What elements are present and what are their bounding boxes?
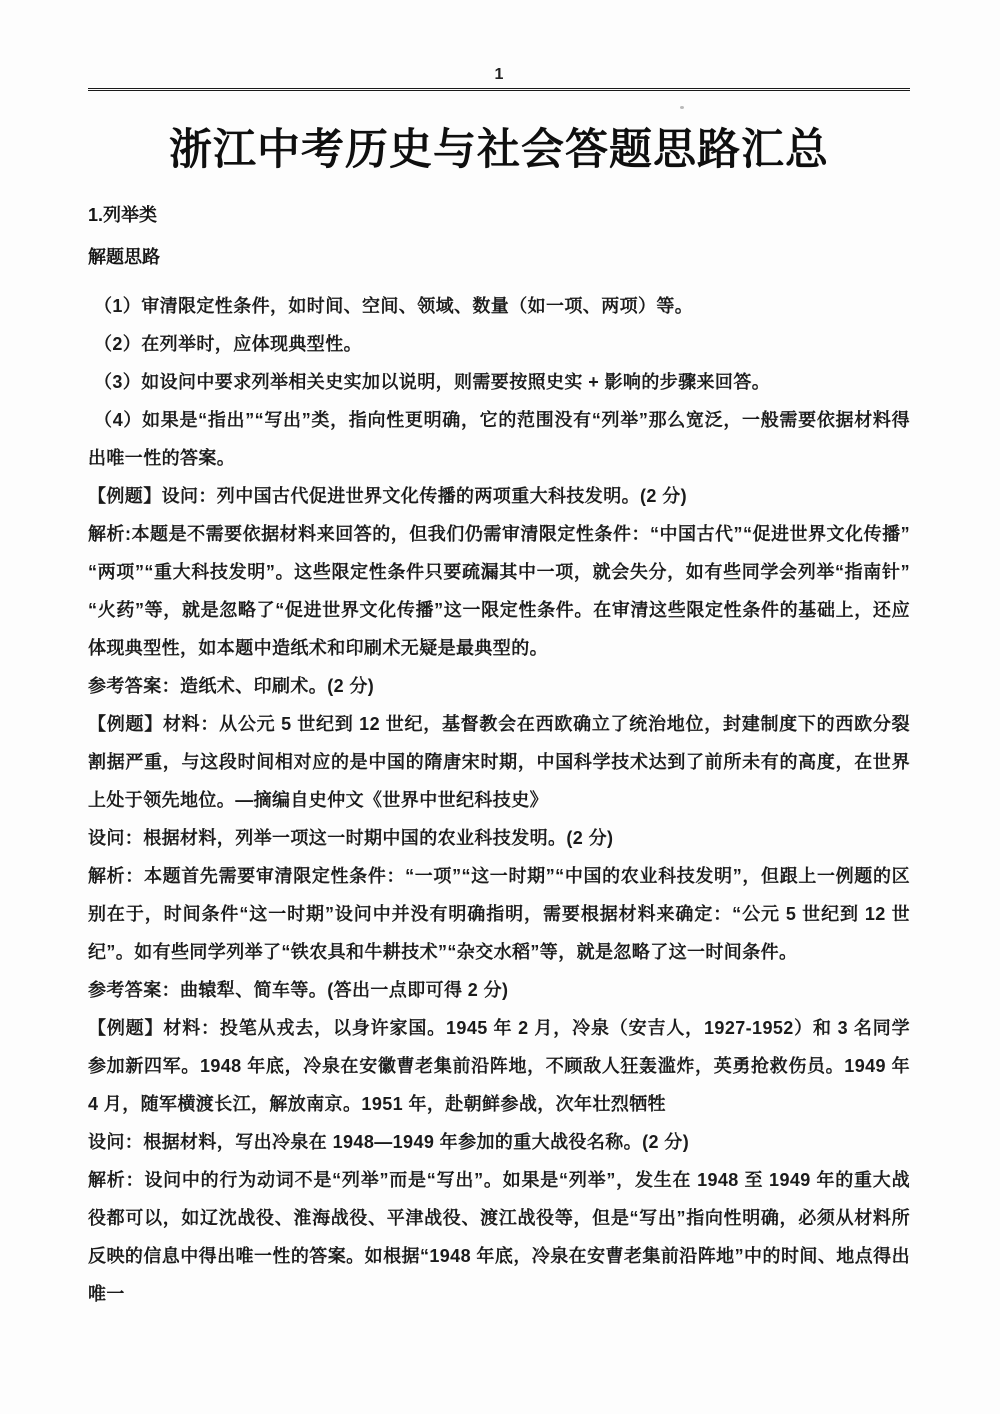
section-heading: 1.列举类 (88, 203, 910, 227)
paragraph-example1-question: 【例题】设问：列中国古代促进世界文化传播的两项重大科技发明。(2 分) (88, 477, 910, 515)
paragraph-tip-1: （1）审清限定性条件，如时间、空间、领域、数量（如一项、两项）等。 (88, 287, 910, 325)
document-body: （1）审清限定性条件，如时间、空间、领域、数量（如一项、两项）等。 （2）在列举… (88, 287, 910, 1313)
paragraph-example2-answer: 参考答案：曲辕犁、简车等。(答出一点即可得 2 分) (88, 971, 910, 1009)
section-subheading: 解题思路 (88, 245, 910, 269)
paragraph-example2-material: 【例题】材料：从公元 5 世纪到 12 世纪，基督教会在西欧确立了统治地位，封建… (88, 705, 910, 819)
page-number: 1 (88, 64, 910, 86)
paragraph-tip-2: （2）在列举时，应体现典型性。 (88, 325, 910, 363)
paragraph-example1-answer: 参考答案：造纸术、印刷术。(2 分) (88, 667, 910, 705)
paragraph-example3-analysis: 解析：设问中的行为动词不是“列举”而是“写出”。如果是“列举”，发生在 1948… (88, 1161, 910, 1313)
document-title: 浙江中考历史与社会答题思路汇总 (88, 121, 910, 179)
paragraph-example3-question: 设问：根据材料，写出冷泉在 1948—1949 年参加的重大战役名称。(2 分) (88, 1123, 910, 1161)
paragraph-tip-4: （4）如果是“指出”“写出”类，指向性更明确，它的范围没有“列举”那么宽泛，一般… (88, 401, 910, 477)
paragraph-example3-material: 【例题】材料：投笔从戎去，以身许家国。1945 年 2 月，冷泉（安吉人，192… (88, 1009, 910, 1123)
paragraph-tip-3: （3）如设问中要求列举相关史实加以说明，则需要按照史实 + 影响的步骤来回答。 (88, 363, 910, 401)
paragraph-example2-question: 设问：根据材料，列举一项这一时期中国的农业科技发明。(2 分) (88, 819, 910, 857)
scan-artifact-dot (680, 106, 684, 109)
paragraph-example1-analysis: 解析:本题是不需要依据材料来回答的，但我们仍需审清限定性条件：“中国古代”“促进… (88, 515, 910, 667)
header-divider (88, 88, 910, 91)
document-page: 1 浙江中考历史与社会答题思路汇总 1.列举类 解题思路 （1）审清限定性条件，… (0, 0, 1000, 1414)
paragraph-example2-analysis: 解析：本题首先需要审清限定性条件：“一项”“这一时期”“中国的农业科技发明”，但… (88, 857, 910, 971)
